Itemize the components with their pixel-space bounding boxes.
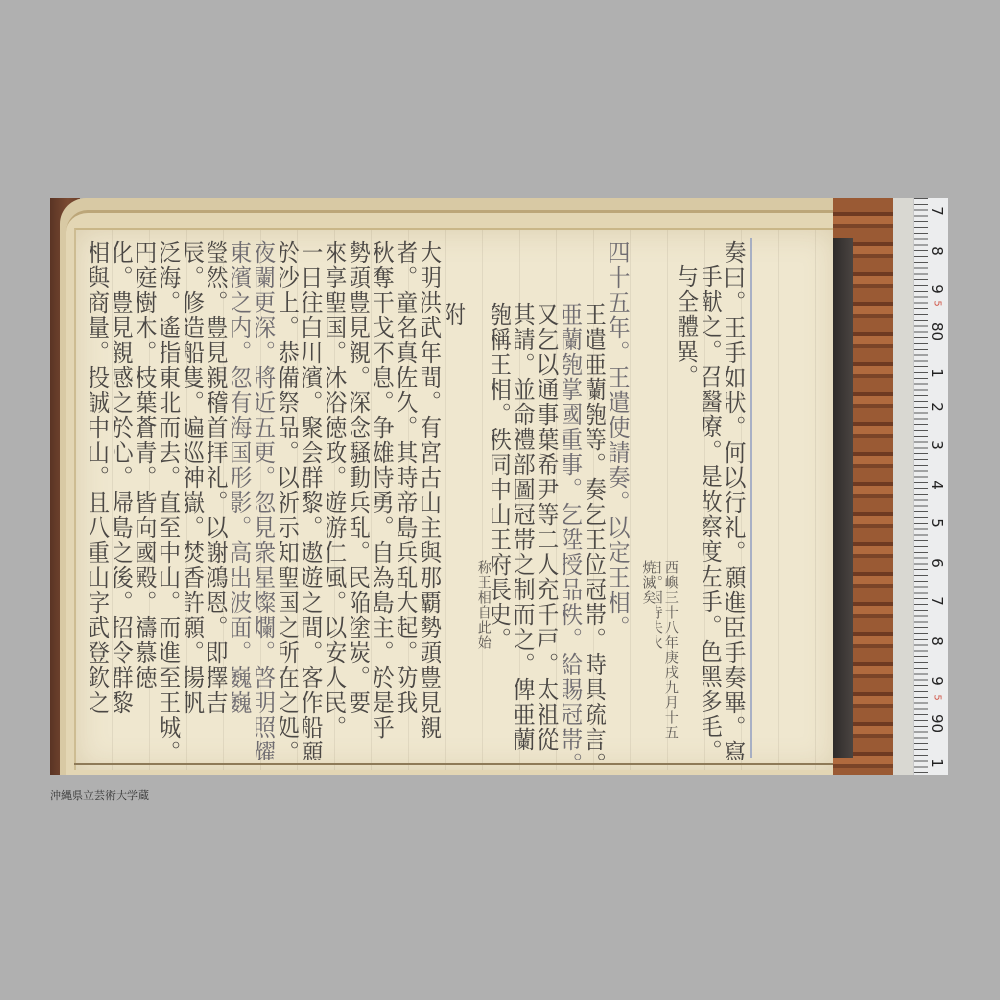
text-column: 勢頭豊見親。深念騒動兵乱。民陥塗炭。要 — [351, 240, 375, 760]
text-column: 瑩然。豊見親稽首拝礼。以謝鴻恩。即擇吉 — [208, 240, 232, 760]
text-column: 与全體異。 — [679, 240, 703, 760]
ruler-ticks — [914, 198, 928, 775]
ruler-number: 1 — [928, 754, 946, 772]
text-column: 王遣亜蘭匏等。奏乞王位冠帯。時具疏言。 — [587, 240, 611, 760]
text-column: 相與商量。投誠中山。且八重山字武登欽之 — [90, 240, 114, 760]
ruler-number: 7 — [928, 592, 946, 610]
ruler-number: 1 — [928, 364, 946, 382]
text-column: 秋奪干戈不息。争雄恃勇。自為島主。於是乎 — [374, 240, 398, 760]
annotation-column: 西嶼三十八年庚戌九月十五日。因寺失火 — [656, 240, 678, 760]
text-column: 円庭樹木。枝葉蒼青。皆向國殿。禱慕徳 — [137, 240, 161, 760]
manuscript-text: 奏曰。王手如狀。何以行礼。願進臣手奏畢。寫其 手献之。召醫療。是故察度左手。色黑… — [90, 240, 750, 760]
ruler-number: 2 — [928, 398, 946, 416]
page-margin-rule — [750, 238, 752, 758]
ruler-number: 3 — [928, 436, 946, 454]
text-column: 東濱之内。忽有海国形影。高出波面。巍巍 — [232, 240, 256, 760]
text-column: 一日往白川濱。聚会群黎。遨遊之間。客作船願 — [303, 240, 327, 760]
ruler-number: 9 — [928, 672, 946, 690]
annotation-column: 称王相自此始 — [469, 240, 491, 760]
ruler-number: 5 — [928, 514, 946, 532]
text-column: 來享聖国。沐浴徳政。遊游仁風。以安人民。 — [327, 240, 351, 760]
text-column: 於沙上。恭備祭品。以祈示知聖国之所在之処。 — [280, 240, 304, 760]
text-column: 附 — [446, 240, 470, 760]
text-column: 辰。修造船隻。遍巡神嶽。焚香許願。揚帆 — [185, 240, 209, 760]
text-column: 其請。並命禮部圖冠帯之制而之。俾亜蘭 — [515, 240, 539, 760]
annotation-column: 焼滅矣 — [634, 240, 656, 760]
backdrop-panel — [893, 198, 913, 775]
text-column: 大明洪武年間。有宮古山主與那覇勢頭豊見親 — [422, 240, 446, 760]
ruler-number: 4 — [928, 476, 946, 494]
text-column: 夜闌更深。將近五更。忽見衆星燦爛。啓明照耀。 — [256, 240, 280, 760]
ruler-number: 7 — [928, 202, 946, 220]
ruler-number: 90 — [928, 714, 946, 732]
ruler-half-mark: 5 — [932, 689, 943, 707]
ruler-number: 8 — [928, 242, 946, 260]
cover-inner-edge — [833, 238, 853, 758]
text-column: 化。豊見親感之於心。帰島之後。招令群黎 — [114, 240, 138, 760]
manuscript-photo: 奏曰。王手如狀。何以行礼。願進臣手奏畢。寫其 手献之。召醫療。是故察度左手。色黑… — [50, 198, 948, 775]
text-column: 四十五年。王遣使請奏。以定王相。 — [610, 240, 634, 760]
text-column: 泛海。遙指東北而去。直至中山。而進至王城。 — [161, 240, 185, 760]
measuring-ruler: 7 8 9 5 80 1 2 3 4 5 6 7 8 9 5 90 1 — [913, 198, 948, 775]
text-column: 匏稱王相。秩同中山王府長史。 — [492, 240, 516, 760]
text-column: 者。童名真佐久。其時帝島兵乱大起。防我 — [398, 240, 422, 760]
image-credit-caption: 沖縄県立芸術大学蔵 — [50, 787, 149, 803]
text-column: 奏曰。王手如狀。何以行礼。願進臣手奏畢。寫其 — [726, 240, 750, 760]
text-column: 手献之。召醫療。是故察度左手。色黑多毛。 — [703, 240, 727, 760]
ruler-number: 8 — [928, 632, 946, 650]
ruler-number: 6 — [928, 554, 946, 572]
page-bottom-edge — [74, 763, 834, 765]
text-column: 又乞以通事葉希尹等二人充千戸。太祖從 — [539, 240, 563, 760]
ruler-number: 80 — [928, 322, 946, 340]
ruler-half-mark: 5 — [932, 295, 943, 313]
text-column: 亜蘭匏掌國重事。乞陞授品秩。給賜冠帯。 — [563, 240, 587, 760]
